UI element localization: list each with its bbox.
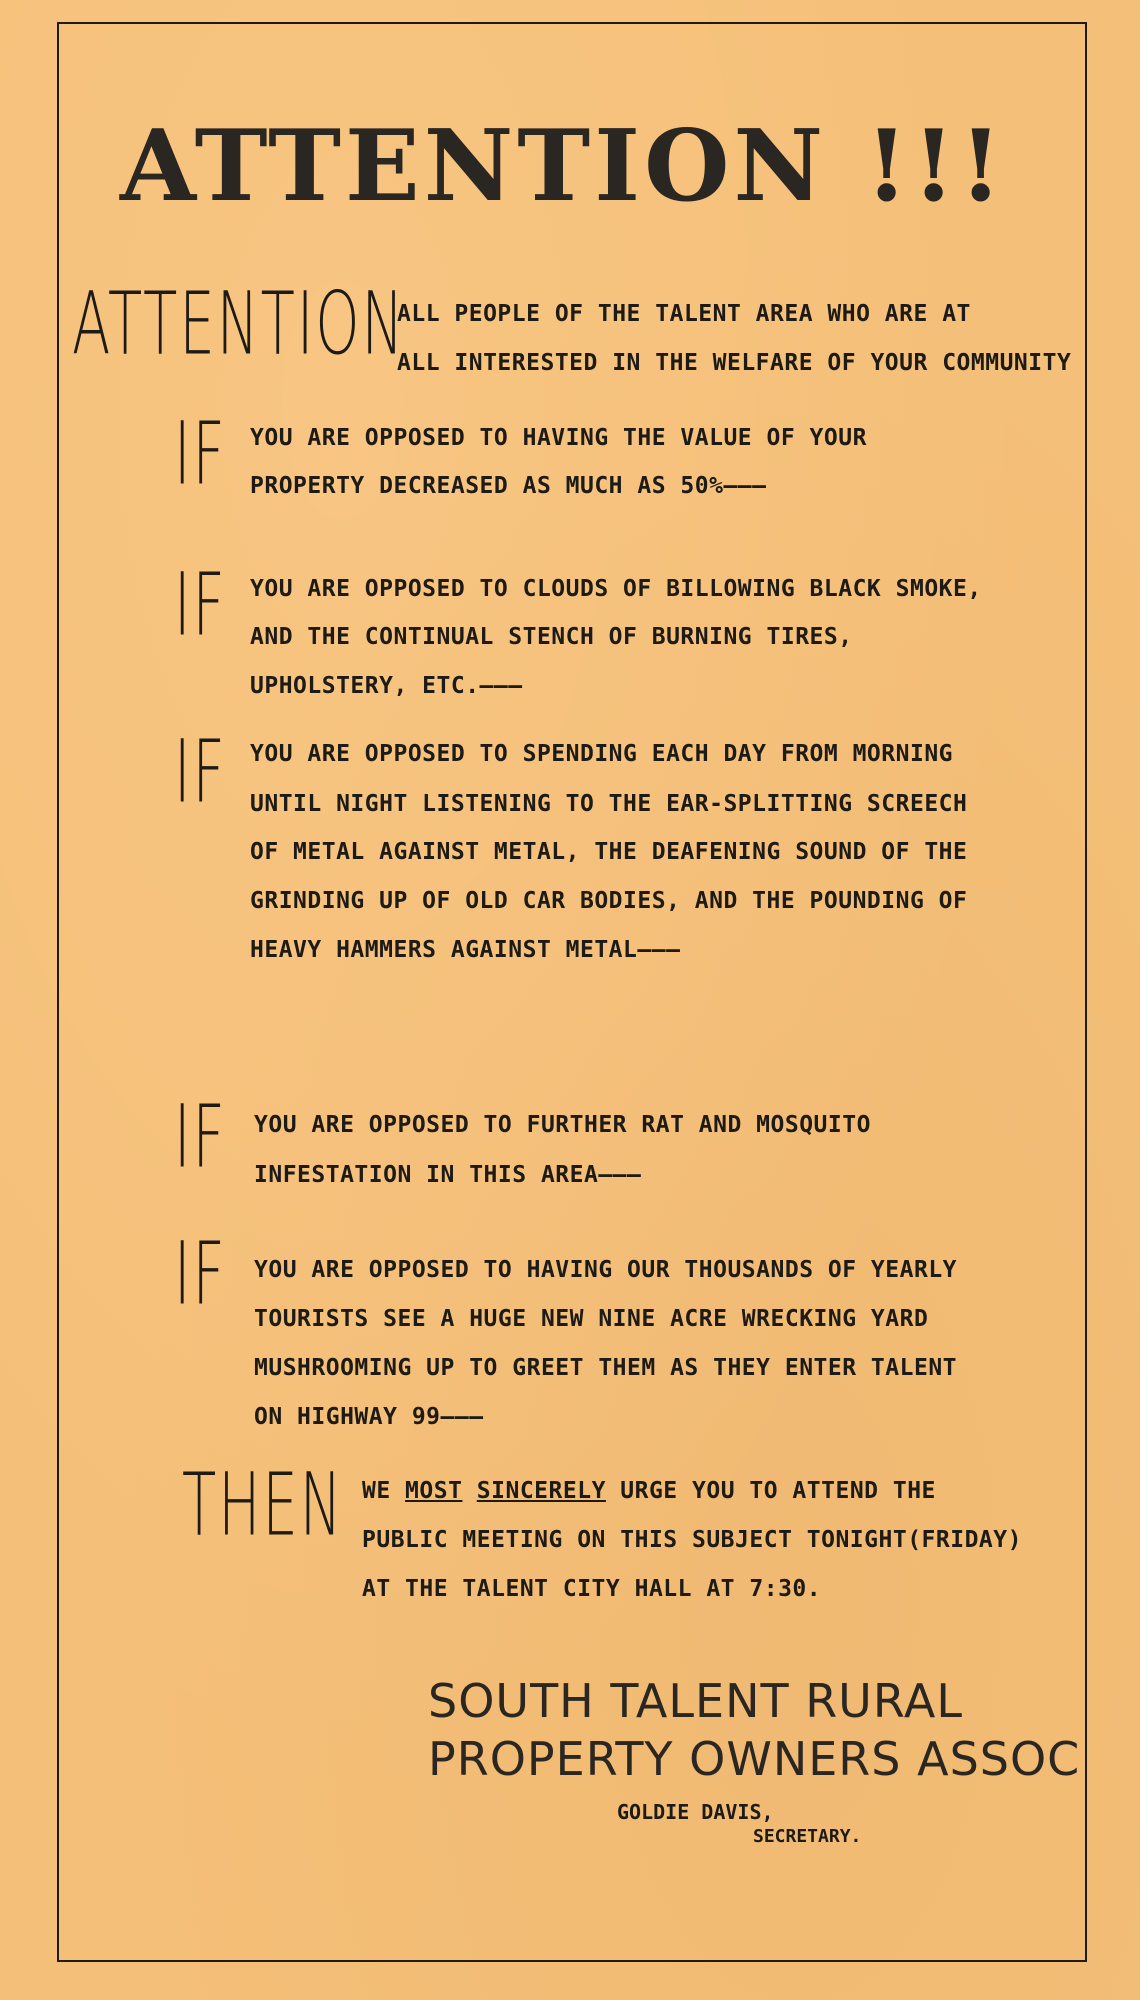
organization-name: SOUTH TALENT RURALPROPERTY OWNERS ASSOC [428,1672,1080,1788]
intro-line-1: ALL PEOPLE OF THE TALENT AREA WHO ARE AT [397,290,971,338]
conclusion-line-2: PUBLIC MEETING ON THIS SUBJECT TONIGHT(F… [362,1516,1022,1564]
condition-5-line-1: YOU ARE OPPOSED TO HAVING OUR THOUSANDS … [254,1246,957,1294]
headline: ATTENTION !!! [120,118,1020,216]
conclusion-line-3: AT THE TALENT CITY HALL AT 7:30. [362,1565,821,1613]
conclusion-line-1: WE MOST SINCERELY URGE YOU TO ATTEND THE [362,1467,936,1515]
condition-5-line-3: MUSHROOMING UP TO GREET THEM AS THEY ENT… [254,1344,957,1392]
conclusion-line-1-prefix: WE [362,1478,405,1504]
condition-2-line-2: AND THE CONTINUAL STENCH OF BURNING TIRE… [250,613,853,661]
condition-4-line-2: INFESTATION IN THIS AREA——— [254,1151,641,1199]
emphasis-sincerely: SINCERELY [477,1478,606,1504]
condition-2-line-3: UPHOLSTERY, ETC.——— [250,662,523,710]
if-lead-word-4: IF [174,1095,227,1182]
condition-1-line-2: PROPERTY DECREASED AS MUCH AS 50%——— [250,462,767,510]
condition-5-line-2: TOURISTS SEE A HUGE NEW NINE ACRE WRECKI… [254,1295,928,1343]
conclusion-line-1-suffix: URGE YOU TO ATTEND THE [606,1478,936,1504]
then-lead-word: THEN [182,1463,344,1550]
if-lead-word-3: IF [174,730,227,817]
condition-3-line-3: OF METAL AGAINST METAL, THE DEAFENING SO… [250,828,967,876]
if-lead-word-2: IF [174,563,227,650]
condition-5-line-4: ON HIGHWAY 99——— [254,1393,484,1441]
intro-line-2: ALL INTERESTED IN THE WELFARE OF YOUR CO… [397,339,1071,387]
conclusion-line-1-space [462,1478,476,1504]
condition-4-line-1: YOU ARE OPPOSED TO FURTHER RAT AND MOSQU… [254,1101,871,1149]
attention-lead-word: ATTENTION [72,282,405,369]
if-lead-word-1: IF [174,412,227,499]
emphasis-most: MOST [405,1478,462,1504]
condition-3-line-2: UNTIL NIGHT LISTENING TO THE EAR-SPLITTI… [250,780,967,828]
condition-3-line-4: GRINDING UP OF OLD CAR BODIES, AND THE P… [250,877,967,925]
condition-3-line-1: YOU ARE OPPOSED TO SPENDING EACH DAY FRO… [250,730,953,778]
condition-3-line-5: HEAVY HAMMERS AGAINST METAL——— [250,926,680,974]
condition-2-line-1: YOU ARE OPPOSED TO CLOUDS OF BILLOWING B… [250,565,982,613]
if-lead-word-5: IF [174,1232,227,1319]
signature-title: SECRETARY. [753,1826,861,1847]
condition-1-line-1: YOU ARE OPPOSED TO HAVING THE VALUE OF Y… [250,414,867,462]
signature-name: GOLDIE DAVIS, [617,1800,774,1824]
organization-line-2: PROPERTY OWNERS ASSOC [428,1730,1080,1788]
organization-line-1: SOUTH TALENT RURAL [428,1672,1080,1730]
